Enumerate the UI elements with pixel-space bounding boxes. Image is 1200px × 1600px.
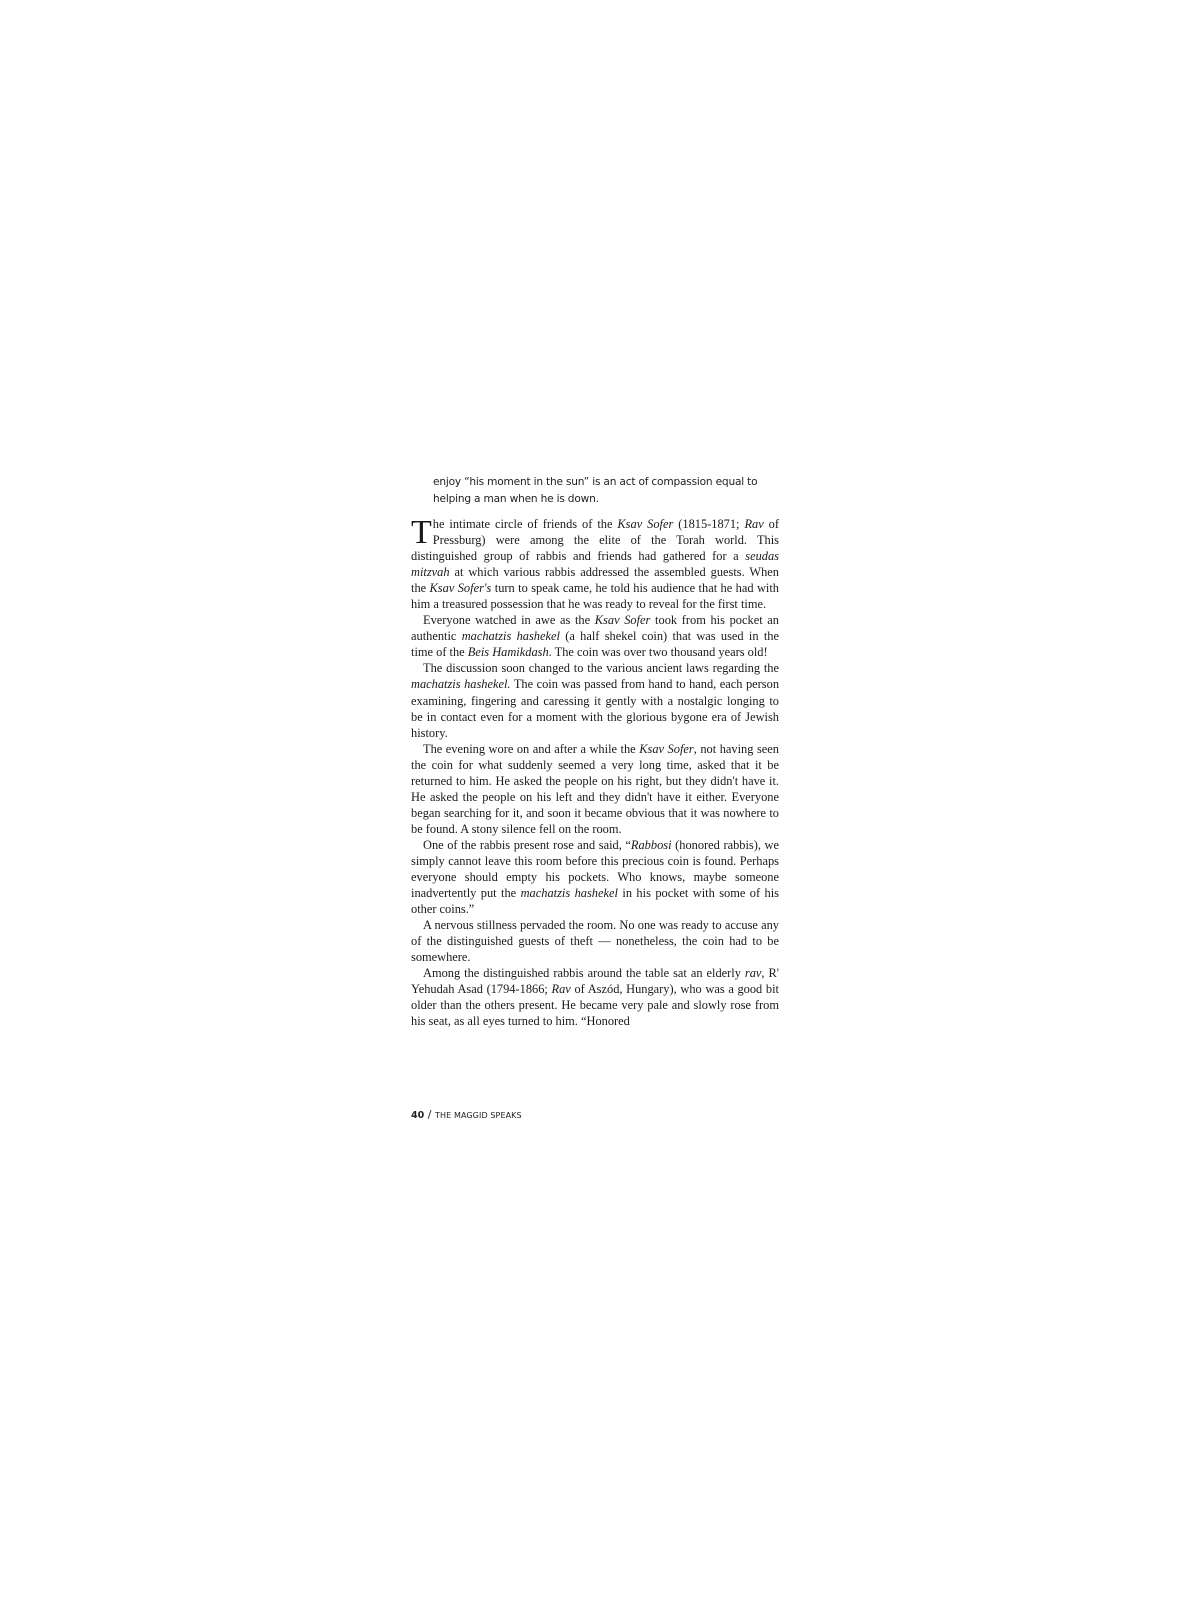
story-paragraph-7: Among the distinguished rabbis around th… (411, 965, 779, 1029)
story-paragraph-1: The intimate circle of friends of the Ks… (411, 516, 779, 612)
running-title: THE MAGGID SPEAKS (435, 1111, 522, 1120)
page-number: 40 (411, 1110, 424, 1121)
intro-continuation: enjoy “his moment in the sun” is an act … (433, 474, 779, 508)
story-paragraph-4: The evening wore on and after a while th… (411, 741, 779, 837)
intro-paragraph: enjoy “his moment in the sun” is an act … (433, 474, 779, 508)
footer-separator: / (428, 1108, 432, 1121)
story-paragraph-5: One of the rabbis present rose and said,… (411, 837, 779, 917)
drop-cap: T (411, 518, 432, 547)
story-paragraph-3: The discussion soon changed to the vario… (411, 660, 779, 740)
story-paragraph-2: Everyone watched in awe as the Ksav Sofe… (411, 612, 779, 660)
story-body: The intimate circle of friends of the Ks… (411, 516, 779, 1030)
story-paragraph-6: A nervous stillness pervaded the room. N… (411, 917, 779, 965)
page-footer: 40 / THE MAGGID SPEAKS (411, 1108, 522, 1121)
